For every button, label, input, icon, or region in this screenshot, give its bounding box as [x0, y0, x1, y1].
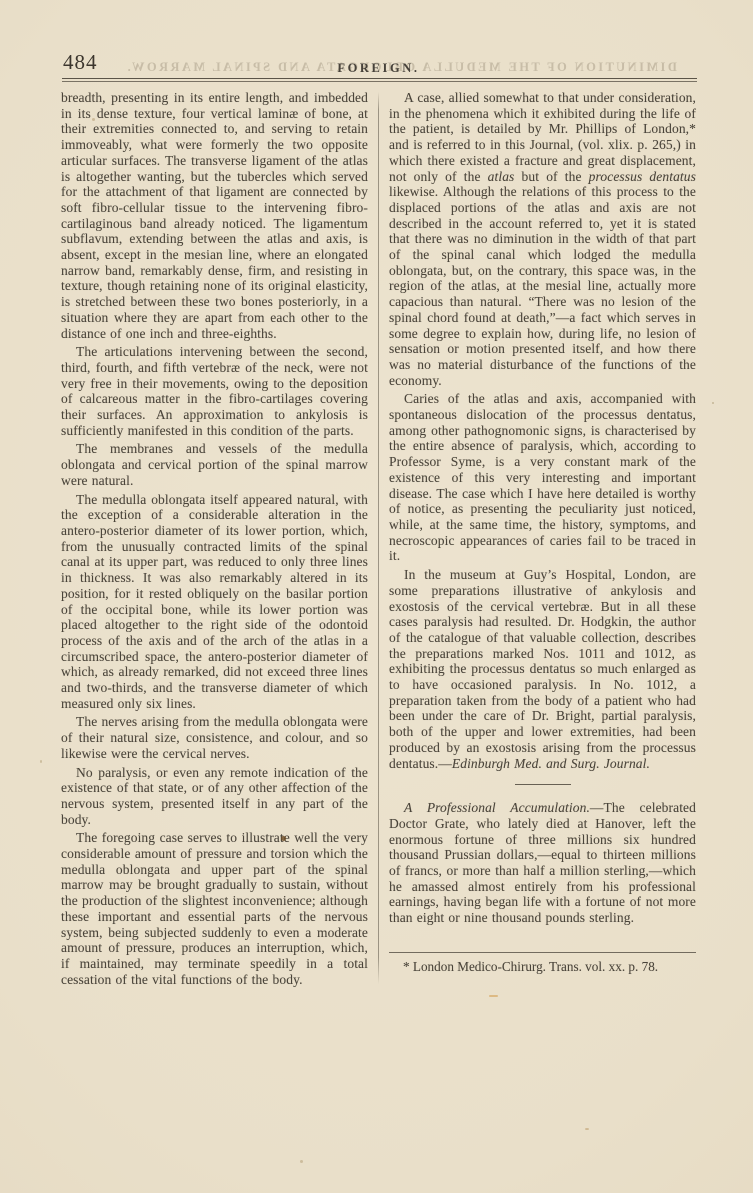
scanned-journal-page: { "colors": { "paper": "#eae0cb", "ink":…: [0, 0, 753, 1193]
paragraph: In the museum at Guy’s Hospital, London,…: [389, 567, 696, 771]
left-column: breadth, presenting in its entire length…: [61, 90, 368, 990]
paragraph: The foregoing case serves to illustrate …: [61, 830, 368, 987]
paper-speck: [300, 1160, 303, 1163]
paper-speck: [40, 760, 42, 763]
text-segment: The foregoing case serves to illustrate …: [61, 830, 368, 986]
text-segment: —The celebrated Doctor Grate, who lately…: [389, 800, 696, 925]
paragraph: The medulla oblongata itself appeared na…: [61, 492, 368, 712]
paper-speck: [585, 1128, 589, 1130]
text-segment: but of the: [514, 169, 588, 184]
text-segment: The nerves arising from the medulla oblo…: [61, 714, 368, 760]
paragraph: No paralysis, or even any remote indicat…: [61, 765, 368, 828]
right-column: A case, allied somewhat to that under co…: [389, 90, 696, 990]
text-segment: The articulations intervening between th…: [61, 344, 368, 438]
text-segment: No paralysis, or even any remote indicat…: [61, 765, 368, 827]
italic-text-segment: processus dentatus: [589, 169, 696, 184]
header-double-rule: [62, 78, 697, 82]
paragraph: A Professional Accumulation.—The celebra…: [389, 800, 696, 926]
footnote-rule: [389, 952, 696, 953]
footnote-block: * London Medico-Chirurg. Trans. vol. xx.…: [389, 952, 696, 975]
text-segment: Caries of the atlas and axis, accompanie…: [389, 391, 696, 563]
section-separator-rule: [515, 784, 571, 785]
paper-speck: [712, 402, 714, 404]
running-title: FOREIGN.: [60, 61, 697, 76]
italic-text-segment: atlas: [488, 169, 515, 184]
footnote-text: * London Medico-Chirurg. Trans. vol. xx.…: [389, 959, 696, 975]
ink-spot: [281, 836, 286, 841]
italic-text-segment: Edinburgh Med. and Surg. Journal.: [452, 756, 650, 771]
text-segment: breadth, presenting in its entire length…: [61, 90, 368, 341]
paragraph: The membranes and vessels of the medulla…: [61, 441, 368, 488]
scan-artifact: [489, 995, 498, 997]
text-segment: The membranes and vessels of the medulla…: [61, 441, 368, 487]
paragraph: A case, allied somewhat to that under co…: [389, 90, 696, 388]
text-segment: likewise. Although the relations of this…: [389, 184, 696, 387]
column-divider-rule: [378, 92, 379, 984]
italic-text-segment: A Professional Accumulation.: [404, 800, 590, 815]
paragraph: Caries of the atlas and axis, accompanie…: [389, 391, 696, 564]
two-column-text-block: breadth, presenting in its entire length…: [61, 90, 697, 990]
paragraph: The nerves arising from the medulla oblo…: [61, 714, 368, 761]
paragraph: The articulations intervening between th…: [61, 344, 368, 438]
text-segment: The medulla oblongata itself appeared na…: [61, 492, 368, 711]
text-segment: In the museum at Guy’s Hospital, London,…: [389, 567, 696, 770]
paragraph: breadth, presenting in its entire length…: [61, 90, 368, 341]
